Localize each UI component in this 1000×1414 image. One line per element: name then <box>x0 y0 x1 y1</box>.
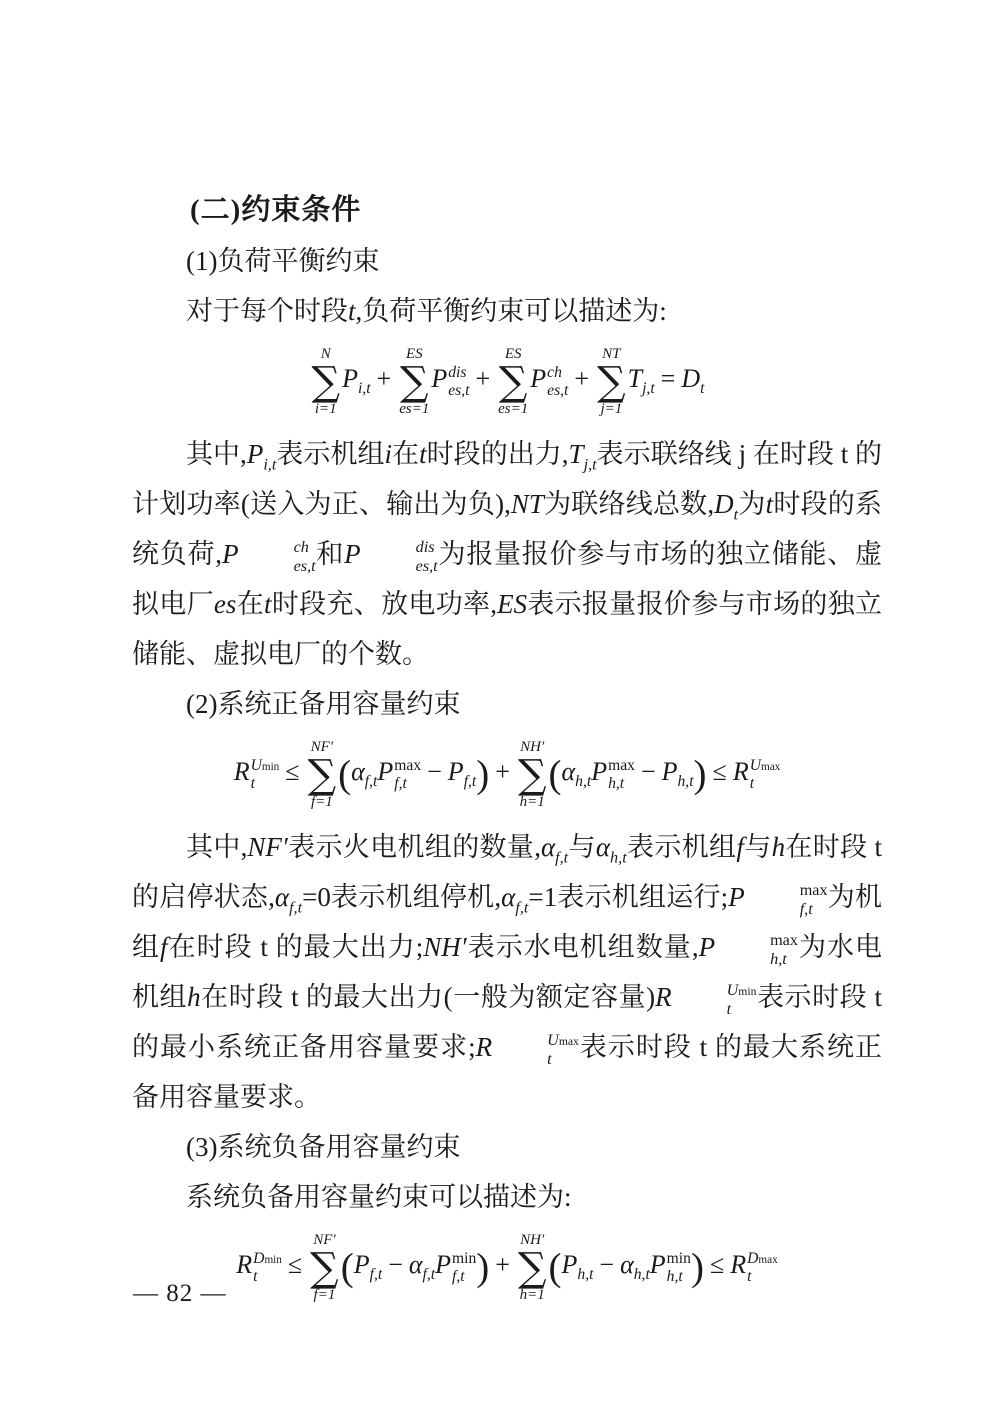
var-base: h <box>187 982 201 1012</box>
sup-base: U <box>547 1031 559 1049</box>
sum-lower-limit: h=1 <box>520 794 545 811</box>
var-base: P <box>354 1250 370 1279</box>
summation: NF′∑f=1 <box>310 1232 339 1303</box>
math-superscript: ch <box>240 538 309 557</box>
math-subscript: i,t <box>358 381 371 398</box>
text-run: 与 <box>568 832 596 862</box>
math-scripts: minf,t <box>452 1250 476 1286</box>
math-variable: Pmaxh,t <box>699 932 798 962</box>
var-base: T <box>628 364 642 393</box>
math-paren: ) <box>694 753 707 796</box>
math-subscript: j,t <box>584 455 597 473</box>
math-subscript: f,t <box>394 775 407 793</box>
math-operator: + <box>475 364 490 393</box>
math-variable: Pf,t <box>354 1250 382 1279</box>
var-base: α <box>596 832 610 862</box>
var-base: t <box>348 296 356 326</box>
sigma-icon: ∑ <box>310 1249 339 1287</box>
math-subscript: h,t <box>577 1267 593 1284</box>
math-variable: Pminh,t <box>650 1250 691 1279</box>
math-subscript: h,t <box>610 848 627 866</box>
subheading-negative-reserve: (3)系统负备用容量约束 <box>132 1122 882 1172</box>
sum-lower-limit: i=1 <box>315 401 337 418</box>
var-base: P <box>344 539 361 569</box>
math-variable: Dt <box>681 364 704 393</box>
sup-base: D <box>747 1250 758 1267</box>
math-variable: Ph,t <box>662 757 694 786</box>
paragraph-positive-reserve-terms: 其中,NF′表示火电机组的数量,αf,t与αh,t表示机组f与h在时段 t 的启… <box>132 822 882 1122</box>
sum-lower-limit: h=1 <box>520 1287 545 1304</box>
math-operator: + <box>574 364 589 393</box>
math-subscript: t <box>750 775 754 793</box>
text-run: ,负荷平衡约束可以描述为: <box>356 296 667 326</box>
text-run: 在时段 t 的最大出力; <box>168 932 424 962</box>
text-run: 在 <box>236 589 264 619</box>
math-subscript: h,t <box>716 950 787 969</box>
var-base: NT <box>511 489 544 519</box>
math-variable: h <box>187 982 201 1012</box>
math-superscript: Dmin <box>253 1250 282 1268</box>
var-base: i <box>385 439 393 469</box>
sup-subscript: max <box>761 761 780 773</box>
var-base: α <box>501 882 515 912</box>
sum-lower-limit: f=1 <box>314 1287 336 1304</box>
math-subscript: f,t <box>464 774 477 791</box>
math-superscript: min <box>452 1250 476 1268</box>
math-subscript: f,t <box>370 1267 383 1284</box>
var-base: R <box>733 757 749 786</box>
math-variable: αf,t <box>409 1250 435 1279</box>
math-superscript: min <box>667 1250 691 1268</box>
summation: N∑i=1 <box>312 346 341 417</box>
subheading-load-balance: (1)负荷平衡约束 <box>132 236 882 286</box>
math-subscript: h,t <box>575 774 591 791</box>
text-run: 表示火电机组的数量, <box>288 832 541 862</box>
math-superscript: dis <box>448 364 466 382</box>
var-base: R <box>655 982 672 1012</box>
math-scripts: maxh,t <box>608 757 635 793</box>
sup-subscript: min <box>262 761 279 773</box>
sum-lower-limit: f=1 <box>311 794 333 811</box>
math-variable: αh,t <box>562 757 592 786</box>
math-variable: Pches,t <box>222 539 316 569</box>
summation: NF′∑f=1 <box>308 739 337 810</box>
math-subscript: f,t <box>289 898 302 916</box>
sum-lower-limit: j=1 <box>600 401 622 418</box>
math-variable: t <box>419 439 427 469</box>
math-operator: ≤ <box>713 757 727 786</box>
formula-load-balance: N∑i=1Pi,t+ES∑es=1Pdises,t+ES∑es=1Pches,t… <box>132 346 882 417</box>
sup-base: U <box>251 757 262 774</box>
math-variable: αf,t <box>351 757 377 786</box>
math-variable: t <box>264 589 272 619</box>
page-number: — 82 — <box>133 1280 227 1308</box>
text-run: 表示机组 <box>276 439 384 469</box>
math-variable: αh,t <box>620 1250 650 1279</box>
math-variable: NF′ <box>247 832 287 862</box>
var-base: P <box>662 757 678 786</box>
math-superscript: ch <box>547 364 562 382</box>
math-operator: ≤ <box>288 1250 302 1279</box>
sigma-icon: ∑ <box>518 1249 547 1287</box>
math-scripts: Umaxt <box>493 1031 579 1068</box>
paragraph-load-balance-terms: 其中,Pi,t表示机组i在t时段的出力,Tj,t表示联络线 j 在时段 t 的计… <box>132 429 882 679</box>
math-variable: Pf,t <box>448 757 476 786</box>
var-base: D <box>681 364 700 393</box>
var-base: NH′ <box>423 932 466 962</box>
math-variable: αh,t <box>596 832 627 862</box>
math-variable: i <box>385 439 393 469</box>
math-variable: Pi,t <box>247 439 277 469</box>
var-base: P <box>591 757 607 786</box>
math-superscript: max <box>608 757 635 775</box>
math-subscript: t <box>253 1268 257 1286</box>
math-subscript: j,t <box>642 381 655 398</box>
math-variable: NH′ <box>423 932 466 962</box>
text-run: 其中, <box>186 832 247 862</box>
math-variable: Pdises,t <box>431 364 469 393</box>
text-run: 对于每个时段 <box>186 296 348 326</box>
math-variable: ES <box>497 589 527 619</box>
math-subscript: f,t <box>515 898 528 916</box>
math-operator: ≤ <box>285 757 299 786</box>
math-superscript: max <box>746 881 828 900</box>
math-operator: − <box>641 757 656 786</box>
var-base: α <box>541 832 555 862</box>
sigma-icon: ∑ <box>312 363 341 401</box>
math-subscript: es,t <box>547 382 568 400</box>
math-scripts: dises,t <box>362 538 438 575</box>
math-operator: − <box>427 757 442 786</box>
document-page: (二)约束条件 (1)负荷平衡约束 对于每个时段t,负荷平衡约束可以描述为: N… <box>0 0 1000 1414</box>
var-base: D <box>714 489 734 519</box>
math-operator: + <box>495 757 510 786</box>
math-superscript: max <box>716 931 798 950</box>
var-base: t <box>419 439 427 469</box>
math-variable: Pdises,t <box>344 539 438 569</box>
sigma-icon: ∑ <box>499 363 528 401</box>
sup-base: U <box>727 981 739 999</box>
math-scripts: ches,t <box>547 364 568 400</box>
math-scripts: maxf,t <box>746 881 828 918</box>
math-variable: Tj,t <box>628 364 655 393</box>
var-base: P <box>530 364 546 393</box>
var-base: P <box>247 439 264 469</box>
math-variable: RDmaxt <box>730 1250 777 1279</box>
math-subscript: h,t <box>678 774 694 791</box>
math-superscript: Dmax <box>747 1250 778 1268</box>
var-base: f <box>160 932 168 962</box>
math-variable: NT <box>511 489 544 519</box>
var-base: P <box>728 882 745 912</box>
math-variable: αf,t <box>541 832 568 862</box>
math-variable: Pmaxf,t <box>377 757 421 786</box>
summation: NH′∑h=1 <box>518 1232 547 1303</box>
text-run: =1表示机组运行; <box>528 882 728 912</box>
var-base: R <box>236 1250 252 1279</box>
math-subscript: t <box>747 1268 751 1286</box>
text-run: 表示机组 <box>627 832 737 862</box>
math-paren: ( <box>341 1246 354 1289</box>
math-subscript: es,t <box>362 557 438 576</box>
math-subscript: es,t <box>240 557 316 576</box>
math-operator: + <box>495 1250 510 1279</box>
math-superscript: max <box>394 757 421 775</box>
math-paren: ( <box>549 753 562 796</box>
sigma-icon: ∑ <box>308 756 337 794</box>
sup-subscript: max <box>559 1035 579 1048</box>
math-variable: Pches,t <box>530 364 568 393</box>
var-base: P <box>699 932 716 962</box>
math-subscript: f,t <box>365 774 378 791</box>
math-subscript: t <box>493 1050 552 1069</box>
var-base: R <box>234 757 250 786</box>
subheading-positive-reserve: (2)系统正备用容量约束 <box>132 679 882 729</box>
math-paren: ( <box>549 1246 562 1289</box>
sup-base: U <box>750 757 761 774</box>
math-variable: αf,t <box>275 882 302 912</box>
math-subscript: h,t <box>608 775 624 793</box>
math-subscript: t <box>673 1000 732 1019</box>
math-scripts: maxh,t <box>716 931 798 968</box>
formula-negative-reserve: RDmint≤NF′∑f=1(Pf,t−αf,tPminf,t)+NH′∑h=1… <box>132 1232 882 1303</box>
math-variable: t <box>348 296 356 326</box>
intro-negative-reserve: 系统负备用容量约束可以描述为: <box>132 1172 882 1222</box>
math-scripts: dises,t <box>448 364 469 400</box>
math-subscript: f,t <box>746 900 813 919</box>
math-scripts: Dmaxt <box>747 1250 778 1286</box>
var-base: R <box>476 1032 493 1062</box>
var-base: α <box>562 757 576 786</box>
math-variable: RUmaxt <box>733 757 780 786</box>
sup-subscript: max <box>758 1254 777 1266</box>
sup-subscript: min <box>738 985 756 998</box>
math-subscript: es,t <box>448 382 469 400</box>
var-base: P <box>431 364 447 393</box>
math-operator: + <box>377 364 392 393</box>
math-scripts: Umint <box>673 981 757 1018</box>
text-run: 在 <box>392 439 419 469</box>
text-run: 表示水电机组数量, <box>467 932 699 962</box>
var-base: P <box>377 757 393 786</box>
text-run: 其中, <box>186 439 247 469</box>
sup-subscript: min <box>264 1254 281 1266</box>
sum-lower-limit: es=1 <box>498 401 528 418</box>
math-variable: Pmaxf,t <box>728 882 827 912</box>
sum-lower-limit: es=1 <box>399 401 429 418</box>
text-run: 时段充、放电功率, <box>272 589 498 619</box>
math-variable: Tj,t <box>569 439 597 469</box>
var-base: NF′ <box>247 832 287 862</box>
math-scripts: ches,t <box>240 538 316 575</box>
math-variable: RUmint <box>234 757 280 786</box>
math-variable: f <box>160 932 168 962</box>
math-superscript: Umax <box>493 1031 579 1050</box>
math-subscript: f,t <box>555 848 568 866</box>
math-superscript: Umin <box>673 981 757 1000</box>
sigma-icon: ∑ <box>597 363 626 401</box>
var-base: t <box>264 589 272 619</box>
var-base: P <box>435 1250 451 1279</box>
var-base: h <box>772 832 786 862</box>
math-scripts: Umint <box>251 757 280 793</box>
intro-load-balance: 对于每个时段t,负荷平衡约束可以描述为: <box>132 286 882 336</box>
math-superscript: Umin <box>251 757 280 775</box>
math-subscript: h,t <box>667 1268 683 1286</box>
text-run: 为联络线总数, <box>544 489 714 519</box>
math-variable: αf,t <box>501 882 528 912</box>
formula-positive-reserve: RUmint≤NF′∑f=1(αf,tPmaxf,t−Pf,t)+NH′∑h=1… <box>132 739 882 810</box>
math-paren: ) <box>476 753 489 796</box>
var-base: R <box>730 1250 746 1279</box>
math-variable: Dt <box>714 489 738 519</box>
math-superscript: dis <box>362 538 435 557</box>
math-variable: es <box>214 589 237 619</box>
summation: ES∑es=1 <box>399 346 429 417</box>
math-variable: RUmaxt <box>476 1032 579 1062</box>
var-base: α <box>620 1250 634 1279</box>
text-run: =0表示机组停机, <box>302 882 501 912</box>
math-subscript: h,t <box>634 1267 650 1284</box>
var-base: P <box>342 364 358 393</box>
math-variable: Ph,t <box>562 1250 594 1279</box>
math-variable: RUmint <box>655 982 756 1012</box>
math-variable: Pmaxh,t <box>591 757 635 786</box>
var-base: α <box>275 882 289 912</box>
var-base: P <box>222 539 239 569</box>
text-run: 系统负备用容量约束可以描述为: <box>186 1182 572 1212</box>
summation: NT∑j=1 <box>597 346 626 417</box>
math-paren: ) <box>691 1246 704 1289</box>
math-operator: = <box>661 364 676 393</box>
math-variable: h <box>772 832 786 862</box>
section-heading: (二)约束条件 <box>132 184 882 236</box>
var-base: P <box>562 1250 578 1279</box>
text-run: 与 <box>744 832 772 862</box>
var-base: f <box>736 832 744 862</box>
text-run: 为 <box>738 489 765 519</box>
var-base: P <box>650 1250 666 1279</box>
math-operator: − <box>388 1250 403 1279</box>
var-base: es <box>214 589 237 619</box>
math-superscript: Umax <box>750 757 781 775</box>
math-subscript: f,t <box>452 1268 465 1286</box>
math-scripts: Umaxt <box>750 757 781 793</box>
math-paren: ( <box>338 753 351 796</box>
math-variable: f <box>736 832 744 862</box>
math-scripts: minh,t <box>667 1250 691 1286</box>
summation: NH′∑h=1 <box>518 739 547 810</box>
math-subscript: i,t <box>263 455 276 473</box>
var-base: T <box>569 439 584 469</box>
math-subscript: t <box>700 381 704 398</box>
sigma-icon: ∑ <box>518 756 547 794</box>
math-variable: Pi,t <box>342 364 370 393</box>
text-run: 在时段 t 的最大出力(一般为额定容量) <box>201 982 655 1012</box>
math-operator: ≤ <box>710 1250 724 1279</box>
sup-base: D <box>253 1250 264 1267</box>
math-operator: − <box>599 1250 614 1279</box>
var-base: P <box>448 757 464 786</box>
math-scripts: Dmint <box>253 1250 282 1286</box>
summation: ES∑es=1 <box>498 346 528 417</box>
var-base: α <box>351 757 365 786</box>
math-subscript: t <box>251 775 255 793</box>
var-base: α <box>409 1250 423 1279</box>
math-paren: ) <box>476 1246 489 1289</box>
math-variable: RDmint <box>236 1250 282 1279</box>
sigma-icon: ∑ <box>400 363 429 401</box>
text-run: 时段的出力, <box>427 439 569 469</box>
math-scripts: maxf,t <box>394 757 421 793</box>
math-variable: Pminf,t <box>435 1250 476 1279</box>
math-subscript: f,t <box>423 1267 436 1284</box>
text-run: 和 <box>316 539 345 569</box>
var-base: ES <box>497 589 527 619</box>
math-variable: t <box>766 489 774 519</box>
var-base: t <box>766 489 774 519</box>
